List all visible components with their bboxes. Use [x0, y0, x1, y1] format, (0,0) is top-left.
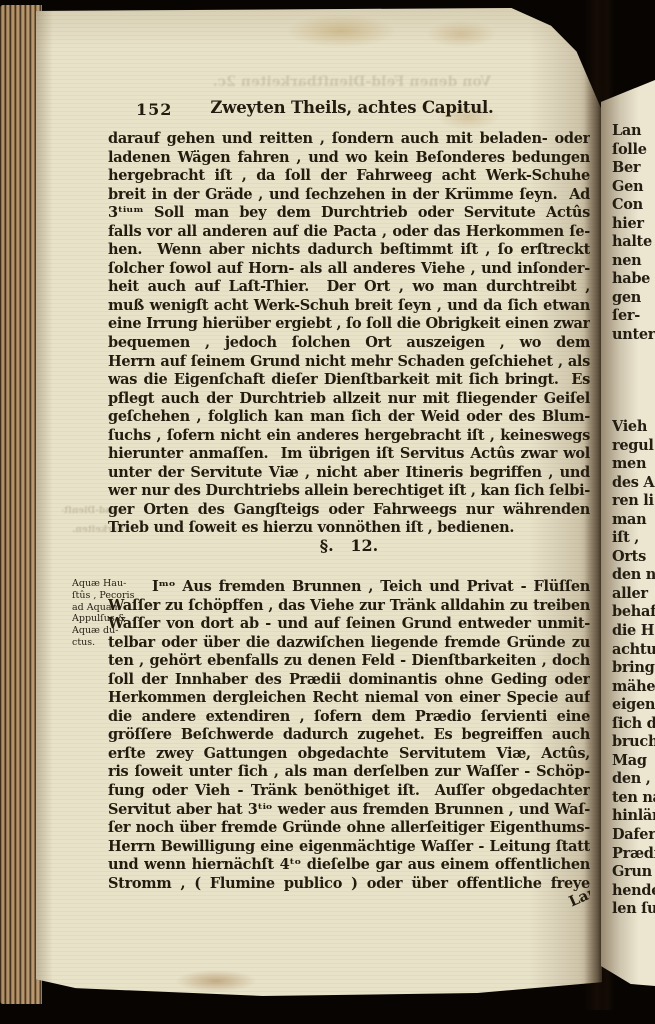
text-line: den , [612, 770, 655, 789]
text-line: Herrn Bewilligung eine eigenmächtige Waſ… [108, 838, 590, 857]
text-line: falls vor all anderen auf die Pacta , od… [108, 223, 590, 242]
text-line: ſuchs , ſofern nicht ein anderes hergebr… [108, 427, 590, 446]
text-line: fung oder Vieh - Tränk benöthiget iſt. A… [108, 782, 590, 801]
text-line: und wenn hiernächſt 4ᵗᵒ dieſelbe gar aus… [108, 856, 590, 875]
text-line: unter [612, 326, 655, 345]
text-line: Lan [612, 122, 655, 141]
text-line: den n [612, 566, 655, 585]
text-line: des A [612, 474, 655, 493]
text-line: ſolle [612, 141, 655, 160]
text-line: wer nur des Durchtriebs allein berechtig… [108, 482, 590, 501]
text-line: Servitut aber hat 3ᵗⁱᵒ weder aus fremden… [108, 801, 590, 820]
text-line: Herkommen dergleichen Recht niemal von e… [108, 689, 590, 708]
text-line: geſchehen , folglich kan man ſich der We… [108, 408, 590, 427]
text-line: len ſu [612, 900, 655, 919]
text-line: ladenen Wägen fahren , und wo kein Beſon… [108, 149, 590, 168]
text-line: hen. Wenn aber nichts dadurch beſtimmt i… [108, 241, 590, 260]
text-line: breit in der Gräde , und ſechzehen in de… [108, 186, 590, 205]
text-line: 3ᵗⁱᵘᵐ Soll man bey dem Durchtrieb oder S… [108, 204, 590, 223]
text-line: ris ſoweit unter ſich , als man derſelbe… [108, 763, 590, 782]
text-line: iſt , [612, 529, 655, 548]
text-line: gröſſere Beſchwerde dadurch zugehet. Es … [108, 726, 590, 745]
text-line: behaft [612, 603, 655, 622]
text-line: telbar oder über die dazwiſchen liegende… [108, 634, 590, 653]
text-line: Con [612, 196, 655, 215]
text-line: darauf gehen und reitten , ſondern auch … [108, 130, 590, 149]
text-line: erſte zwey Gattungen obgedachte Servitut… [108, 745, 590, 764]
text-line: heit auch auf Laſt-Thier. Der Ort , wo m… [108, 278, 590, 297]
text-line: nen [612, 252, 655, 271]
text-line: pflegt auch der Durchtrieb allzeit nur m… [108, 390, 590, 409]
section-heading: §. 12. [108, 536, 590, 555]
text-line: hergebracht iſt , da ſoll der Fahrweeg a… [108, 167, 590, 186]
text-line: Ber [612, 159, 655, 178]
text-line: die H [612, 622, 655, 641]
facing-fragment-bottom: Viehregulmendes Aren limaniſt ,Ortsden n… [612, 418, 655, 919]
text-line: achtu [612, 641, 655, 660]
text-line: ſolcher ſowol auf Horn- als all anderes … [108, 260, 590, 279]
text-line: regul [612, 437, 655, 456]
text-line: Waſſer zu ſchöpffen , das Viehe zur Trän… [108, 597, 590, 616]
text-line: was die Eigenſchaft dieſer Dienſtbarkeit… [108, 371, 590, 390]
text-line: men [612, 455, 655, 474]
text-line: Vieh [612, 418, 655, 437]
page-edges-left [0, 5, 42, 1004]
text-line: muß wenigſt acht Werk-Schuh breit ſeyn ,… [108, 297, 590, 316]
catchword: Land [108, 886, 590, 903]
text-line: hierunter anmaſſen. Im übrigen iſt Servi… [108, 445, 590, 464]
text-line: Waſſer von dort ab - und auf ſeinen Grun… [108, 615, 590, 634]
text-line: die andere extendiren , ſofern dem Prædi… [108, 708, 590, 727]
text-line: ſer noch über fremde Gründe ohne allerſe… [108, 819, 590, 838]
text-line: halte [612, 233, 655, 252]
text-line: bringt [612, 659, 655, 678]
text-line: ren li [612, 492, 655, 511]
paragraph-2: Iᵐᵒ Aus fremden Brunnen , Teich und Priv… [108, 578, 590, 893]
text-line: bruch [612, 733, 655, 752]
text-line: ger Orten des Gangſteigs oder Fahrweegs … [108, 501, 590, 520]
text-line: Dafer [612, 826, 655, 845]
text-line: hender [612, 882, 655, 901]
text-line: Prædi [612, 845, 655, 864]
text-line: man [612, 511, 655, 530]
text-line: eine Irrung hierüber ergiebt , ſo ſoll d… [108, 315, 590, 334]
text-line: mäher [612, 678, 655, 697]
text-line: Grun [612, 863, 655, 882]
book-photo: Von denen Feld-Dienſtbarkeiten 2c. Land-… [0, 0, 655, 1024]
left-page: Von denen Feld-Dienſtbarkeiten 2c. Land-… [36, 8, 602, 996]
text-line: ſer- [612, 307, 655, 326]
text-line: Herrn auf ſeinem Grund nicht mehr Schade… [108, 353, 590, 372]
text-line: gen [612, 289, 655, 308]
text-line: hinlän [612, 807, 655, 826]
text-line: Mag [612, 752, 655, 771]
text-line: unter der Servitute Viæ , nicht aber Iti… [108, 464, 590, 483]
text-line: hier [612, 215, 655, 234]
text-line: ſich d [612, 715, 655, 734]
paragraph-1: darauf gehen und reitten , ſondern auch … [108, 130, 590, 538]
text-line: ten na [612, 789, 655, 808]
text-line: habe [612, 270, 655, 289]
text-line: eigen [612, 696, 655, 715]
text-line: ſoll der Innhaber des Prædii dominantis … [108, 671, 590, 690]
facing-page: LanſolleBerGenConhierhaltenenhabegenſer-… [601, 0, 655, 1010]
facing-fragment-top: LanſolleBerGenConhierhaltenenhabegenſer-… [612, 122, 655, 345]
text-line: Iᵐᵒ Aus fremden Brunnen , Teich und Priv… [108, 578, 590, 597]
text-line: aller [612, 585, 655, 604]
text-line: Orts [612, 548, 655, 567]
text-line: Gen [612, 178, 655, 197]
text-line: bequemen , jedoch ſolchen Ort auszeigen … [108, 334, 590, 353]
text-line: ten , gehört ebenfalls zu denen Feld - D… [108, 652, 590, 671]
text-column: darauf gehen und reitten , ſondern auch … [108, 8, 590, 996]
